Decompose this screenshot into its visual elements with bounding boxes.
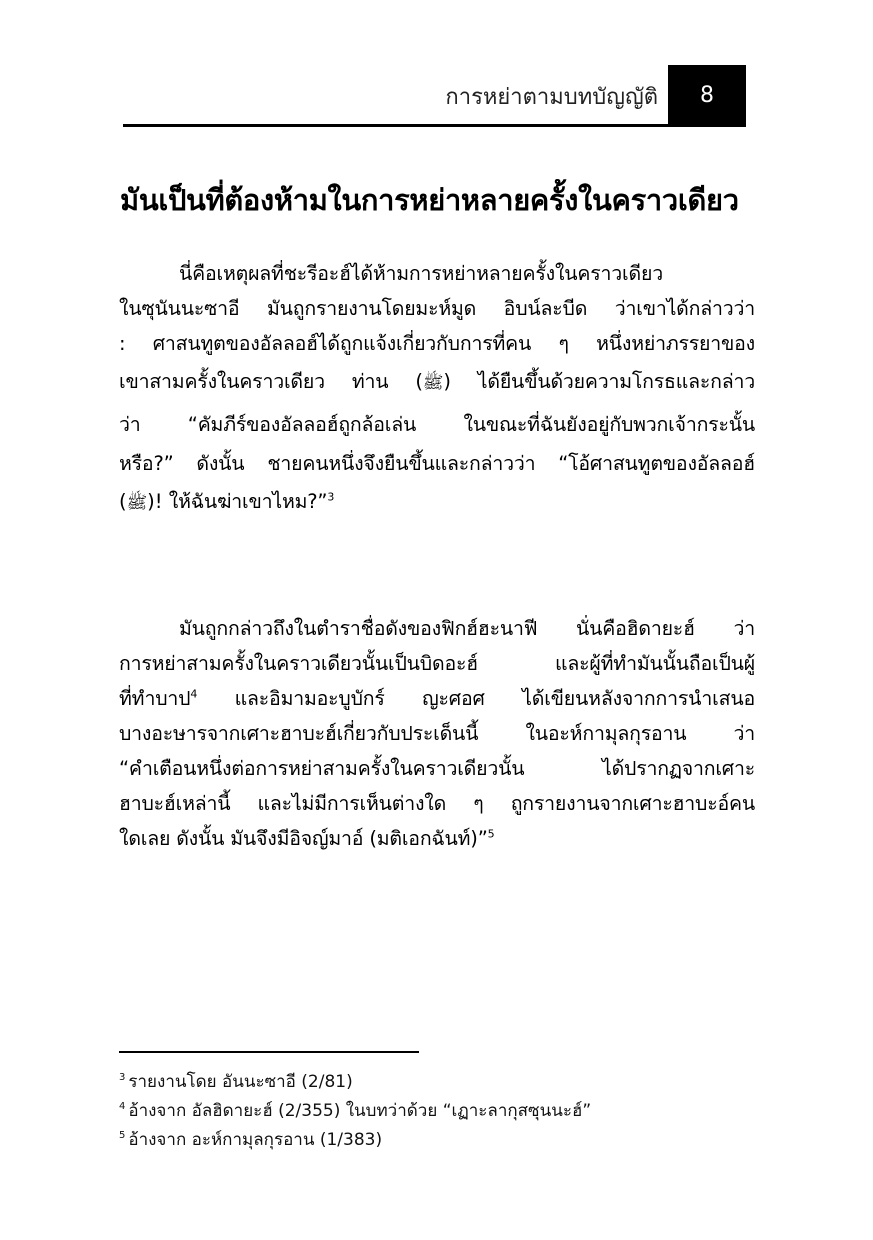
footnote-number: 3 bbox=[119, 1072, 125, 1083]
paragraph-line: ในซุนันนะซาอี มันถูกรายงานโดยมะห์มูด อิบ… bbox=[119, 291, 755, 326]
paragraph-line: การหย่าสามครั้งในคราวเดียวนั้นเป็นบิดอะฮ… bbox=[119, 646, 755, 681]
section-heading: มันเป็นที่ต้องห้ามในการหย่าหลายครั้งในคร… bbox=[120, 175, 760, 225]
paragraph-line: ฮาบะฮ์เหล่านี้ และไม่มีการเห็นต่างใด ๆ ถ… bbox=[119, 786, 755, 821]
running-title: การหย่าตามบทบัญญัติ bbox=[445, 83, 658, 113]
paragraph-1: นี่คือเหตุผลที่ชะรีอะฮ์ได้ห้ามการหย่าหลา… bbox=[119, 256, 755, 524]
paragraph-line: : ศาสนทูตของอัลลอฮ์ได้ถูกแจ้งเกี่ยวกับกา… bbox=[119, 326, 755, 361]
paragraph-line: ใดเลย ดังนั้น มันจึงมีอิจญ์มาอ์ (มติเอกฉ… bbox=[119, 821, 755, 856]
line-text: ใดเลย ดังนั้น มันจึงมีอิจญ์มาอ์ (มติเอกฉ… bbox=[119, 827, 488, 850]
line-text: ที่ทำบาป bbox=[119, 687, 190, 710]
line-text: ) ได้ยืนขึ้นด้วยความโกรธและกล่าว bbox=[443, 370, 755, 393]
footnote-number: 5 bbox=[119, 1130, 125, 1141]
paragraph-line: นี่คือเหตุผลที่ชะรีอะฮ์ได้ห้ามการหย่าหลา… bbox=[119, 256, 755, 291]
page-number: 8 bbox=[668, 65, 746, 127]
footnote-ref-3[interactable]: 3 bbox=[327, 491, 334, 504]
paragraph-line: (ﷺ)! ให้ฉันฆ่าเขาไหม?”3 bbox=[119, 481, 755, 524]
paragraph-line: มันถูกกล่าวถึงในตำราชื่อดังของฟิกฮ์ฮะนาฟ… bbox=[119, 611, 755, 646]
footnotes: 3รายงานโดย อันนะซาอี (2/81) 4อ้างจาก อัล… bbox=[119, 1068, 759, 1155]
line-text: และอิมามอะบูบักร์ ญะศอศ ได้เขียนหลังจากก… bbox=[197, 687, 755, 710]
paragraph-line: หรือ?” ดังนั้น ชายคนหนึ่งจึงยืนขึ้นและกล… bbox=[119, 446, 755, 481]
paragraph-line: “คำเตือนหนึ่งต่อการหย่าสามครั้งในคราวเดี… bbox=[119, 751, 755, 786]
line-text: )! ให้ฉันฆ่าเขาไหม?” bbox=[147, 490, 327, 513]
footnote-number: 4 bbox=[119, 1101, 125, 1112]
paragraph-line: ที่ทำบาป4 และอิมามอะบูบักร์ ญะศอศ ได้เขี… bbox=[119, 681, 755, 716]
paragraph-line: ว่า “คัมภีร์ของอัลลอฮ์ถูกล้อเล่น ในขณะที… bbox=[119, 404, 755, 446]
paragraph-line: บางอะษารจากเศาะฮาบะฮ์เกี่ยวกับประเด็นนี้… bbox=[119, 716, 755, 751]
footnote-4: 4อ้างจาก อัลฮิดายะฮ์ (2/355) ในบทว่าด้วย… bbox=[119, 1097, 759, 1126]
footnote-5: 5อ้างจาก อะห์กามุลกุรอาน (1/383) bbox=[119, 1126, 759, 1155]
line-text: ( bbox=[119, 490, 127, 513]
footnote-text: อ้างจาก อัลฮิดายะฮ์ (2/355) ในบทว่าด้วย … bbox=[128, 1101, 591, 1121]
line-text: เขาสามครั้งในคราวเดียว ท่าน ( bbox=[119, 370, 423, 393]
footnote-text: อ้างจาก อะห์กามุลกุรอาน (1/383) bbox=[128, 1130, 382, 1150]
paragraph-line: เขาสามครั้งในคราวเดียว ท่าน (ﷺ) ได้ยืนขึ… bbox=[119, 361, 755, 404]
salawat-icon: ﷺ bbox=[127, 493, 148, 513]
footnote-3: 3รายงานโดย อันนะซาอี (2/81) bbox=[119, 1068, 759, 1097]
paragraph-2: มันถูกกล่าวถึงในตำราชื่อดังของฟิกฮ์ฮะนาฟ… bbox=[119, 611, 755, 856]
running-header: การหย่าตามบทบัญญัติ 8 bbox=[123, 65, 746, 127]
footnote-ref-5[interactable]: 5 bbox=[488, 828, 495, 841]
footnote-text: รายงานโดย อันนะซาอี (2/81) bbox=[128, 1072, 352, 1092]
salawat-icon: ﷺ bbox=[423, 373, 444, 393]
footnote-separator bbox=[119, 1051, 419, 1053]
header-rule bbox=[123, 124, 746, 127]
